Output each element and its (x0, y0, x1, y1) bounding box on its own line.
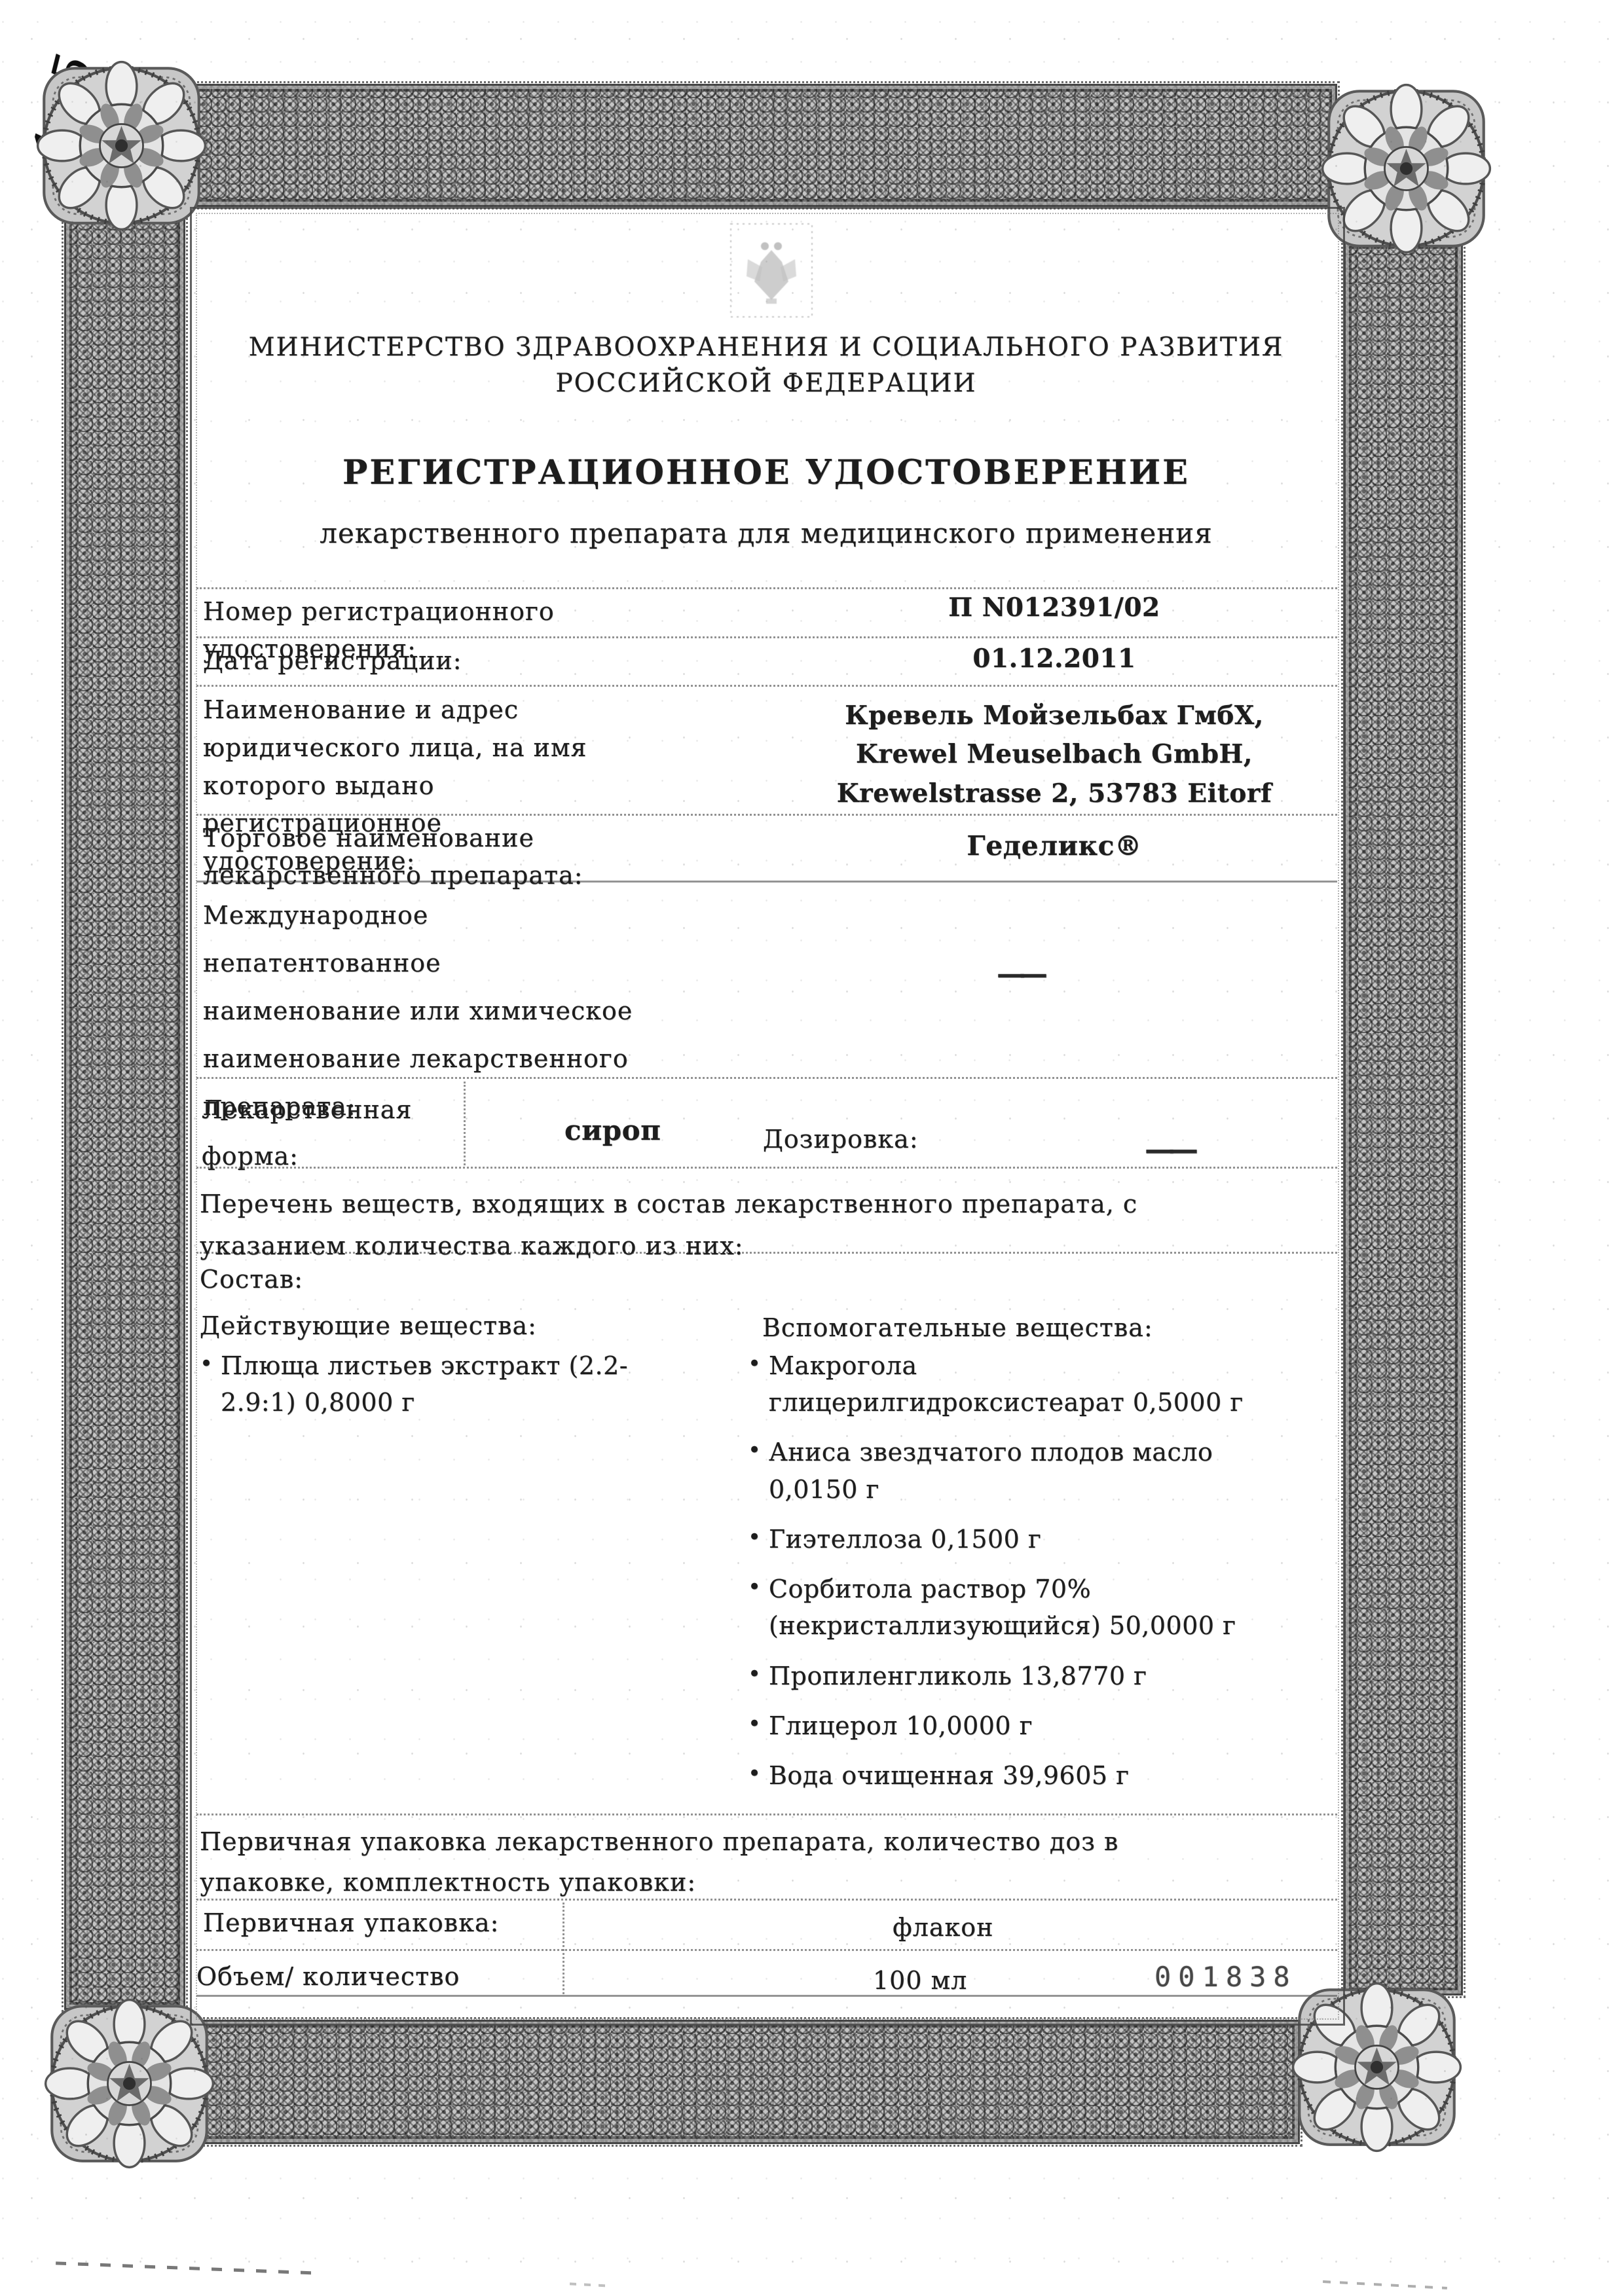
ministry-line2: РОССИЙСКОЙ ФЕДЕРАЦИИ (196, 365, 1336, 401)
corner-rosette-bottom-left (39, 1994, 219, 2174)
certificate-subtitle: лекарственного препарата для медицинског… (196, 517, 1336, 549)
primary-packaging-value: флакон (893, 1909, 994, 1946)
row-rule (196, 1949, 1337, 1951)
row-rule (196, 1813, 1337, 1815)
corner-rosette-top-left (31, 56, 212, 236)
scan-artifact-dashes (56, 2261, 318, 2274)
composition-heading: Состав: (200, 1261, 303, 1298)
composition-intro: Перечень веществ, входящих в состав лека… (200, 1184, 1221, 1267)
inn-value-dash: —— (997, 957, 1041, 991)
registration-certificate-scan: 115 МИНИСТЕРСТВО ЗДРАВООХРАНЕНИЯ И СОЦИА… (0, 0, 1624, 2296)
volume-label: Объем/ количество (196, 1958, 460, 1995)
reg-number-value: П N012391/02 (828, 592, 1280, 623)
border-band-right (1344, 241, 1463, 1995)
row-rule (196, 685, 1337, 687)
excipient-item: Аниса звездчатого плодов масло 0,0150 г (747, 1434, 1264, 1507)
active-substance-item: Плюща листьев экстракт (2.2-2.9:1) 0,800… (198, 1347, 683, 1421)
scan-artifact-dashes (1323, 2280, 1447, 2289)
trade-name-label: Торговое наименование лекарственного пре… (203, 820, 720, 894)
dosage-label: Дозировка: (763, 1121, 919, 1158)
dosage-value-dash: —— (1145, 1131, 1192, 1167)
active-substances-heading: Действующие вещества: (200, 1307, 537, 1345)
scan-artifact-speck (570, 2282, 609, 2287)
border-band-bottom (193, 2020, 1300, 2144)
excipient-item: Гиэтеллоза 0,1500 г (747, 1521, 1264, 1558)
packaging-intro: Первичная упаковка лекарственного препар… (200, 1822, 1195, 1903)
coat-of-arms-watermark-icon (728, 221, 815, 319)
dosage-form-value: сироп (564, 1114, 661, 1146)
excipient-item: Сорбитола раствор 70% (некристаллизующий… (747, 1571, 1264, 1644)
dosage-form-label: Лекарственная форма: (202, 1087, 424, 1180)
border-band-top (183, 84, 1337, 207)
ministry-header: МИНИСТЕРСТВО ЗДРАВООХРАНЕНИЯ И СОЦИАЛЬНО… (196, 329, 1336, 402)
holder-value-line: Krewelstrasse 2, 53783 Eitorf (828, 774, 1280, 813)
holder-value-line: Кревель Мойзельбах ГмбХ, (828, 697, 1280, 735)
certificate-serial-stamp: 001838 (1154, 1961, 1297, 1993)
excipients-list: Макрогола глицерилгидроксистеарат 0,5000… (747, 1347, 1264, 1807)
excipient-item: Макрогола глицерилгидроксистеарат 0,5000… (747, 1347, 1264, 1421)
primary-packaging-label: Первичная упаковка: (203, 1904, 499, 1942)
excipient-item: Глицерол 10,0000 г (747, 1707, 1264, 1744)
trade-name-value: Геделикс® (828, 830, 1280, 862)
holder-value: Кревель Мойзельбах ГмбХ, Krewel Meuselba… (828, 697, 1280, 813)
excipient-item: Вода очищенная 39,9605 г (747, 1757, 1264, 1794)
border-band-left (64, 216, 185, 2010)
excipient-item: Пропиленгликоль 13,8770 г (747, 1658, 1264, 1694)
certificate-title: РЕГИСТРАЦИОННОЕ УДОСТОВЕРЕНИЕ (196, 453, 1336, 492)
column-separator (563, 1903, 564, 1994)
volume-value: 100 мл (873, 1962, 967, 1999)
active-substances-list: Плюща листьев экстракт (2.2-2.9:1) 0,800… (198, 1347, 683, 1434)
reg-date-value: 01.12.2011 (828, 644, 1280, 674)
ministry-line1: МИНИСТЕРСТВО ЗДРАВООХРАНЕНИЯ И СОЦИАЛЬНО… (196, 329, 1336, 365)
reg-date-label: Дата регистрации: (203, 642, 766, 680)
corner-rosette-top-right (1316, 79, 1496, 259)
excipients-heading: Вспомогательные вещества: (762, 1309, 1153, 1347)
corner-rosette-bottom-right (1287, 1977, 1467, 2157)
holder-value-line: Krewel Meuselbach GmbH, (828, 735, 1280, 774)
row-rule (196, 587, 1337, 589)
